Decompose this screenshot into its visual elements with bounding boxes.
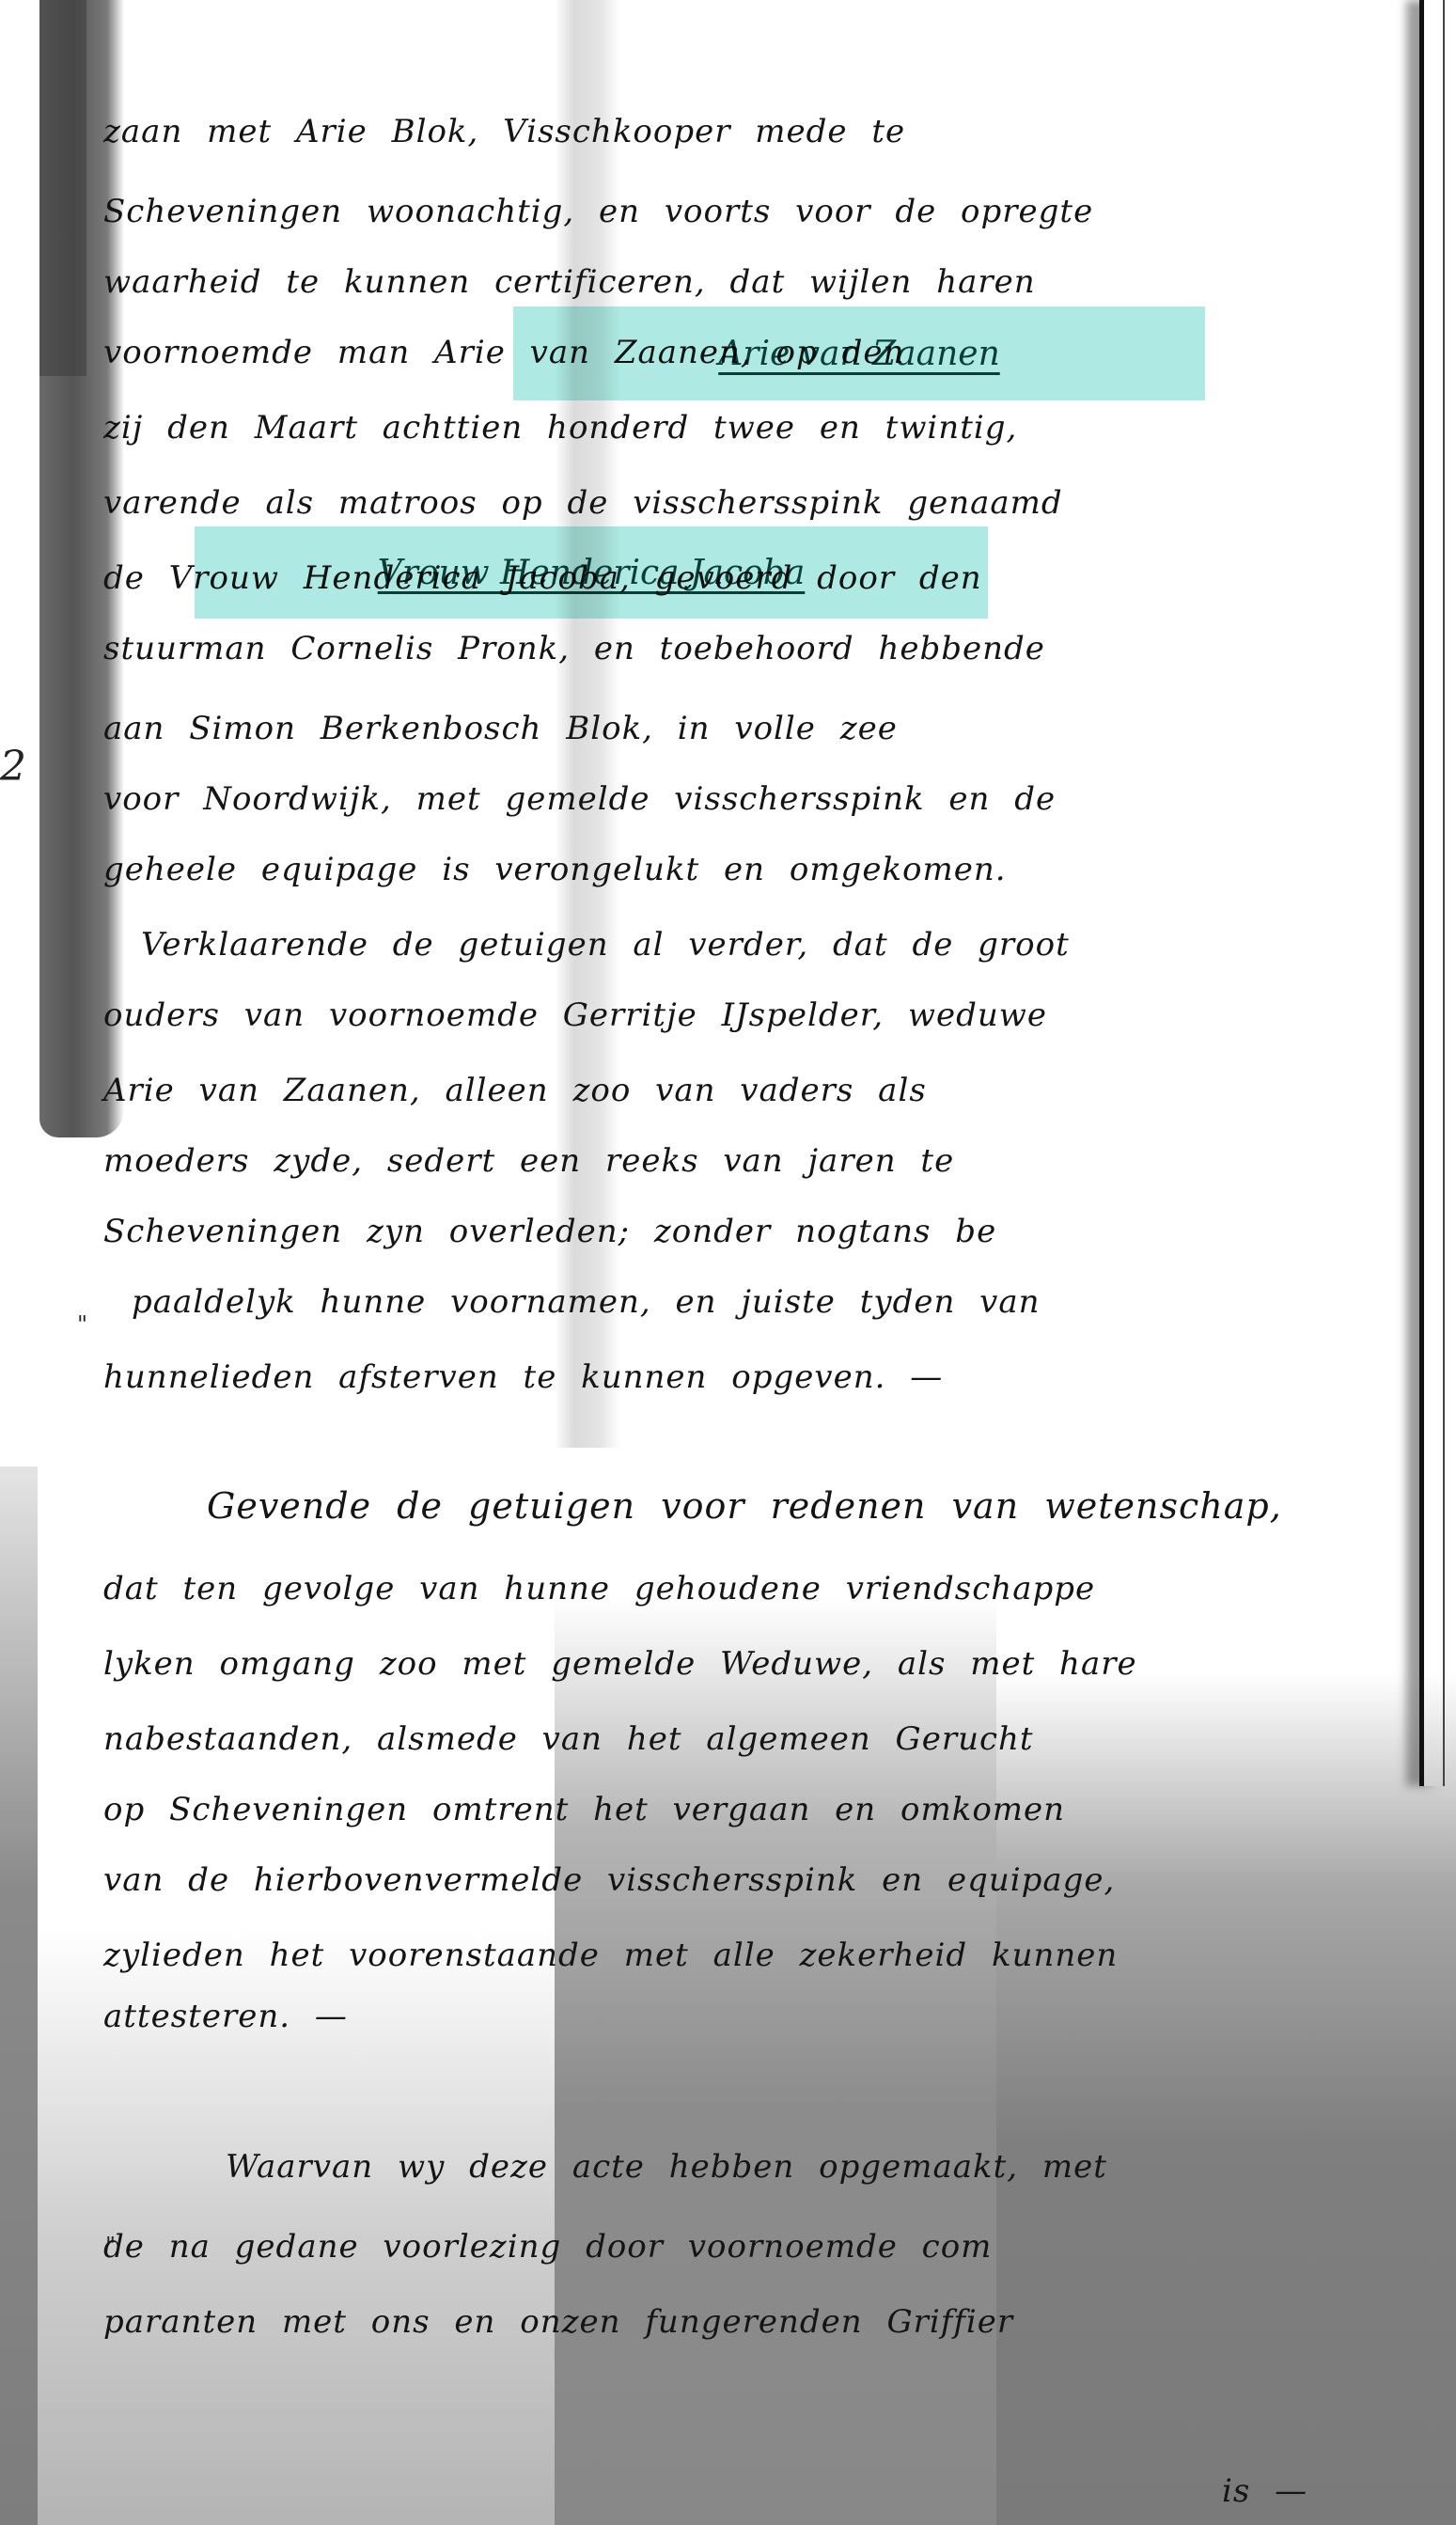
text-line: paranten met ons en onzen fungerenden Gr… (103, 2303, 1401, 2341)
text-line: zaan met Arie Blok, Visschkooper mede te (103, 113, 1401, 150)
text-line: moeders zyde, sedert een reeks van jaren… (103, 1142, 1401, 1180)
text-line: voor Noordwijk, met gemelde visschersspi… (103, 780, 1401, 818)
margin-number: 2 (0, 743, 26, 791)
text-line: waarheid te kunnen certificeren, dat wij… (103, 263, 1401, 301)
highlight-text: Vrouw Henderica Jacoba (195, 526, 988, 619)
text-line: stuurman Cornelis Pronk, en toebehoord h… (103, 630, 1401, 667)
text-line: zij den Maart achttien honderd twee en t… (103, 409, 1401, 447)
document-page: 2 " " zaan met Arie Blok, Visschkooper m… (0, 0, 1456, 2525)
text-line: dat ten gevolge van hunne gehoudene vrie… (103, 1570, 1401, 1608)
text-line: Scheveningen woonachtig, en voorts voor … (103, 193, 1401, 230)
margin-quote-mark: " (77, 1311, 87, 1338)
text-line: Verklaarende de getuigen al verder, dat … (141, 926, 1438, 964)
text-line: op Scheveningen omtrent het vergaan en o… (103, 1791, 1401, 1828)
text-line: van de hierbovenvermelde visschersspink … (103, 1861, 1401, 1899)
highlight-name-arie-van-zaanen[interactable]: Arie van Zaanen (513, 306, 1205, 400)
binding-shadow-dark (39, 0, 86, 376)
scan-band-left (0, 1466, 38, 2525)
text-line: is — (1222, 2472, 1410, 2510)
text-line: Gevende de getuigen voor redenen van wet… (207, 1485, 1456, 1527)
text-line: zylieden het voorenstaande met alle zeke… (103, 1937, 1401, 1974)
text-line: attesteren. — (103, 1998, 1401, 2035)
text-line: Arie van Zaanen, alleen zoo van vaders a… (103, 1072, 1401, 1109)
text-line: geheele equipage is verongelukt en omgek… (103, 851, 1401, 888)
text-line: Scheveningen zyn overleden; zonder nogta… (103, 1213, 1401, 1250)
text-line: nabestaanden, alsmede van het algemeen G… (103, 1720, 1401, 1758)
text-line: paaldelyk hunne voornamen, en juiste tyd… (132, 1283, 1429, 1321)
text-line: aan Simon Berkenbosch Blok, in volle zee (103, 710, 1401, 747)
text-line: hunnelieden afsterven te kunnen opgeven.… (103, 1358, 1401, 1396)
text-line: Waarvan wy deze acte hebben opgemaakt, m… (226, 2148, 1456, 2186)
text-line: varende als matroos op de visschersspink… (103, 484, 1401, 522)
text-line: lyken omgang zoo met gemelde Weduwe, als… (103, 1645, 1401, 1683)
text-line: ouders van voornoemde Gerritje IJspelder… (103, 996, 1401, 1034)
highlight-ship-name[interactable]: Vrouw Henderica Jacoba (195, 526, 988, 619)
text-line: de na gedane voorlezing door voornoemde … (103, 2228, 1401, 2266)
highlight-text: Arie van Zaanen (513, 306, 1205, 400)
